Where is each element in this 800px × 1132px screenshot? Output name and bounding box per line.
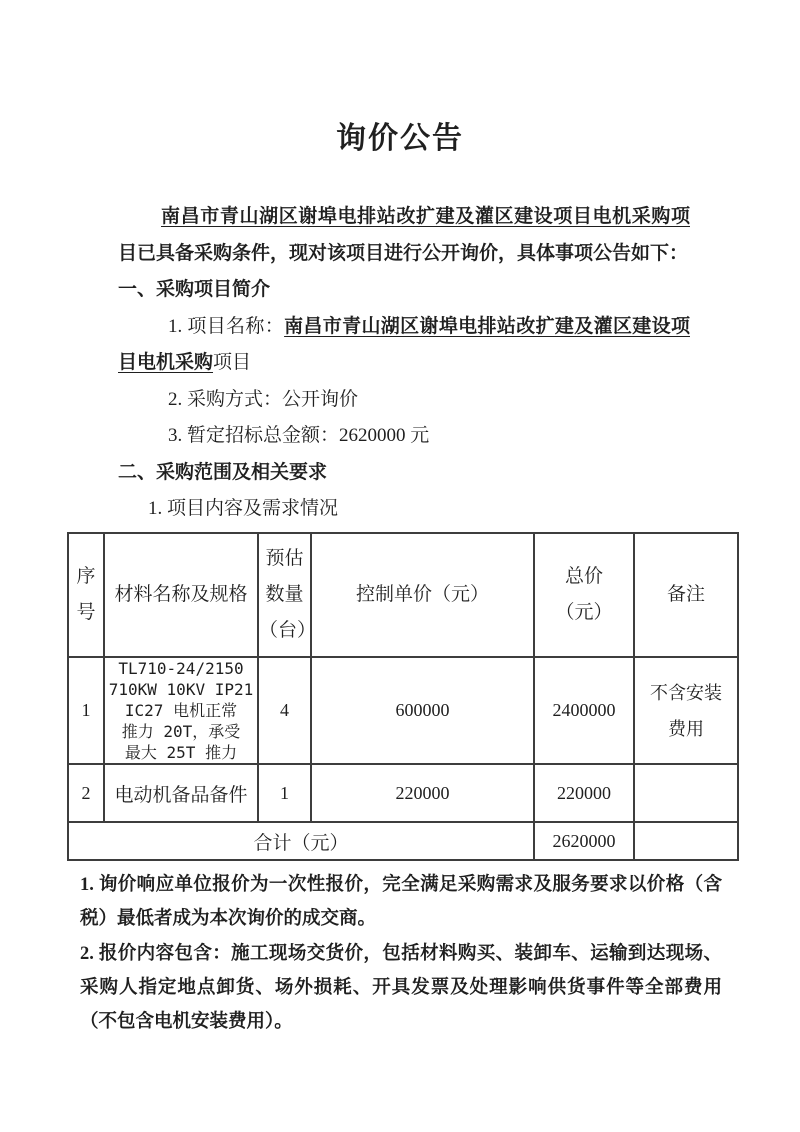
section-heading-1: 一、采购项目简介 — [118, 272, 690, 309]
header-material-spec: 材料名称及规格 — [104, 533, 258, 657]
table-row: 2 电动机备品备件 1 220000 220000 — [68, 764, 738, 822]
notes-section: 1. 询价响应单位报价为一次性报价，完全满足采购需求及服务要求以价格（含税）最低… — [80, 868, 722, 1040]
note-one-time-quotation: 1. 询价响应单位报价为一次性报价，完全满足采购需求及服务要求以价格（含税）最低… — [80, 868, 722, 936]
subitem-content-requirements: 1. 项目内容及需求情况 — [118, 491, 690, 528]
section-heading-2: 二、采购范围及相关要求 — [118, 455, 690, 492]
cell-total-label: 合计（元） — [68, 822, 534, 860]
cell-total-price: 2400000 — [534, 657, 634, 764]
item-project-name-prefix: 1. 项目名称： — [168, 316, 284, 337]
cell-quantity: 4 — [258, 657, 311, 764]
item-total-bid-amount: 3. 暂定招标总金额：2620000 元 — [118, 418, 690, 455]
item-procurement-method: 2. 采购方式：公开询价 — [118, 382, 690, 419]
cell-total-price: 220000 — [534, 764, 634, 822]
cell-unit-price: 600000 — [311, 657, 534, 764]
header-remark: 备注 — [634, 533, 738, 657]
header-estimated-quantity: 预估 数量 （台） — [258, 533, 311, 657]
header-total-price: 总价 （元） — [534, 533, 634, 657]
page-title: 询价公告 — [0, 0, 800, 161]
cell-serial-number: 1 — [68, 657, 104, 764]
project-name-underline: 南昌市青山湖区谢埠电排站改扩建及灌区建设项目电机采购项 — [161, 206, 690, 227]
cell-material-spec: TL710-24/2150 710KW 10KV IP21 IC27 电机正常 … — [104, 657, 258, 764]
cell-unit-price: 220000 — [311, 764, 534, 822]
document-page: 询价公告 南昌市青山湖区谢埠电排站改扩建及灌区建设项目电机采购项目已具备采购条件… — [0, 0, 800, 1132]
header-serial-number: 序 号 — [68, 533, 104, 657]
document-body: 南昌市青山湖区谢埠电排站改扩建及灌区建设项目电机采购项目已具备采购条件，现对该项… — [118, 199, 690, 528]
cell-material-spec: 电动机备品备件 — [104, 764, 258, 822]
note-quotation-content: 2. 报价内容包含：施工现场交货价，包括材料购买、装卸车、运输到达现场、采购人指… — [80, 937, 722, 1039]
table-row: 1 TL710-24/2150 710KW 10KV IP21 IC27 电机正… — [68, 657, 738, 764]
intro-paragraph: 南昌市青山湖区谢埠电排站改扩建及灌区建设项目电机采购项目已具备采购条件，现对该项… — [118, 199, 690, 272]
cell-quantity: 1 — [258, 764, 311, 822]
item-project-name: 1. 项目名称：南昌市青山湖区谢埠电排站改扩建及灌区建设项目电机采购项目 — [118, 309, 690, 382]
item-project-name-suffix: 项目 — [213, 352, 251, 373]
table-header-row: 序 号 材料名称及规格 预估 数量 （台） 控制单价（元） 总价 （元） 备注 — [68, 533, 738, 657]
cell-serial-number: 2 — [68, 764, 104, 822]
header-control-unit-price: 控制单价（元） — [311, 533, 534, 657]
cell-grand-total: 2620000 — [534, 822, 634, 860]
table-total-row: 合计（元） 2620000 — [68, 822, 738, 860]
procurement-table: 序 号 材料名称及规格 预估 数量 （台） 控制单价（元） 总价 （元） 备注 … — [67, 532, 739, 861]
intro-text: 目已具备采购条件，现对该项目进行公开询价，具体事项公告如下： — [118, 243, 688, 264]
cell-remark — [634, 822, 738, 860]
cell-remark: 不含安装 费用 — [634, 657, 738, 764]
cell-remark — [634, 764, 738, 822]
